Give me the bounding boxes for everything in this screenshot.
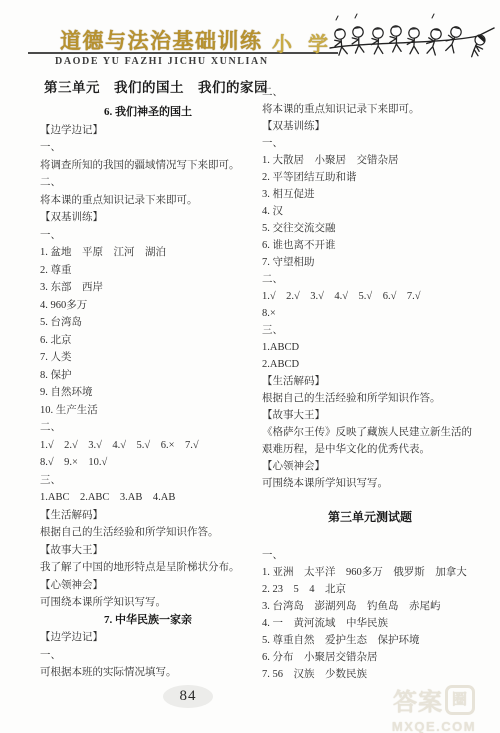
answer-line: 【生活解码】	[40, 507, 256, 525]
watermark-badge-icon: 圈	[445, 685, 475, 715]
answer-line: 一、	[262, 547, 478, 564]
answer-line: 3. 东部 西岸	[40, 279, 256, 297]
answer-line: 1. 亚洲 太平洋 960多万 俄罗斯 加拿大	[262, 564, 478, 581]
answer-line: 【生活解码】	[262, 373, 478, 390]
answer-line: 可根据本班的实际情况填写。	[40, 664, 256, 682]
answers-left-column: 6. 我们神圣的国土【边学边记】一、将调查所知的我国的疆域情况写下来即可。二、将…	[40, 104, 256, 682]
unit-title: 第三单元 我们的国土 我们的家园	[44, 76, 268, 96]
answer-line: 3. 台湾岛 澎湖列岛 钓鱼岛 赤尾屿	[262, 598, 478, 615]
answer-line: 将本课的重点知识记录下来即可。	[40, 192, 256, 210]
watermark: 答案 圈 MXQE.COM	[374, 682, 494, 733]
answer-line: 一、	[40, 139, 256, 157]
answer-line: 5. 台湾岛	[40, 314, 256, 332]
answer-line: 6. 谁也离不开谁	[262, 237, 478, 254]
answer-line: 1.√ 2.√ 3.√ 4.√ 5.√ 6.× 7.√	[40, 437, 256, 455]
answer-line: 一、	[40, 227, 256, 245]
answer-line: 【心领神会】	[40, 577, 256, 595]
answer-line: 2. 尊重	[40, 262, 256, 280]
answer-line: 6. 北京	[40, 332, 256, 350]
answer-line: 将调查所知的我国的疆域情况写下来即可。	[40, 157, 256, 175]
workbook-answer-page: { "header": { "title": "道德与法治基础训练", "sub…	[0, 0, 500, 733]
watermark-site-url: MXQE.COM	[374, 719, 494, 733]
answer-line: 4. 960多万	[40, 297, 256, 315]
answer-line: 1.ABCD	[262, 339, 478, 356]
answer-line: 5. 尊重自然 爱护生态 保护环境	[262, 632, 478, 649]
answer-line: 2. 23 5 4 北京	[262, 581, 478, 598]
page-number: 84	[163, 685, 213, 708]
answer-line: 7. 守望相助	[262, 254, 478, 271]
answer-line: 【心领神会】	[262, 458, 478, 475]
answer-line: 8. 保护	[40, 367, 256, 385]
answer-line: 根据自己的生活经验和所学知识作答。	[40, 524, 256, 542]
answer-line: 二、	[262, 271, 478, 288]
book-title: 道德与法治基础训练	[60, 25, 263, 55]
answer-line: 可围绕本课所学知识写写。	[40, 594, 256, 612]
watermark-logo-text: 答案	[393, 682, 443, 717]
answer-section-title: 7. 中华民族一家亲	[40, 612, 256, 630]
answer-line: 将本课的重点知识记录下来即可。	[262, 101, 478, 118]
answer-line: 8.√ 9.× 10.√	[40, 454, 256, 472]
page-header: 道德与法治基础训练 DAODE YU FAZHI JICHU XUNLIAN 小…	[0, 0, 500, 78]
answer-line: 二、	[262, 84, 478, 101]
answer-line: 9. 自然环境	[40, 384, 256, 402]
answer-line: 【边学边记】	[40, 122, 256, 140]
answer-line: 一、	[40, 647, 256, 665]
answer-line: 二、	[40, 419, 256, 437]
children-tug-of-war-illustration	[328, 10, 496, 72]
answer-line: 三、	[40, 472, 256, 490]
answer-line: 【边学边记】	[40, 629, 256, 647]
answer-line: 1. 大散居 小聚居 交错杂居	[262, 152, 478, 169]
answers-right-column: 二、将本课的重点知识记录下来即可。【双基训练】一、1. 大散居 小聚居 交错杂居…	[262, 84, 478, 683]
answer-line: 【故事大王】	[262, 407, 478, 424]
answer-line: 《格萨尔王传》反映了藏族人民建立新生活的艰难历程，是中华文化的优秀代表。	[262, 424, 478, 458]
answer-line: 8.×	[262, 305, 478, 322]
answer-line: 4. 一 黄河流域 中华民族	[262, 615, 478, 632]
answer-line: 【双基训练】	[262, 118, 478, 135]
answer-section-title: 6. 我们神圣的国土	[40, 104, 256, 122]
answer-line: 1. 盆地 平原 江河 湖泊	[40, 244, 256, 262]
answer-line: 1.ABC 2.ABC 3.AB 4.AB	[40, 489, 256, 507]
answer-line: 一、	[262, 135, 478, 152]
answer-line: 3. 相互促进	[262, 186, 478, 203]
answer-line: 二、	[40, 174, 256, 192]
answer-line: 7. 人类	[40, 349, 256, 367]
answer-line: 4. 汉	[262, 203, 478, 220]
answer-line: 5. 交往交流交融	[262, 220, 478, 237]
answer-line: 2. 平等团结互助和谐	[262, 169, 478, 186]
answer-line: 【故事大王】	[40, 542, 256, 560]
answer-line: 2.ABCD	[262, 356, 478, 373]
answer-line: 根据自己的生活经验和所学知识作答。	[262, 390, 478, 407]
book-title-pinyin: DAODE YU FAZHI JICHU XUNLIAN	[55, 56, 269, 67]
answer-line: 10. 生产生活	[40, 402, 256, 420]
answer-line: 6. 分布 小聚居交错杂居	[262, 649, 478, 666]
answer-line: 7. 56 汉族 少数民族	[262, 666, 478, 683]
answer-line: 三、	[262, 322, 478, 339]
answer-line: 我了解了中国的地形特点是呈阶梯状分布。	[40, 559, 256, 577]
answer-line: 可围绕本课所学知识写写。	[262, 475, 478, 492]
answer-section-title: 第三单元测试题	[262, 509, 478, 526]
answer-line: 1.√ 2.√ 3.√ 4.√ 5.√ 6.√ 7.√	[262, 288, 478, 305]
answer-line: 【双基训练】	[40, 209, 256, 227]
